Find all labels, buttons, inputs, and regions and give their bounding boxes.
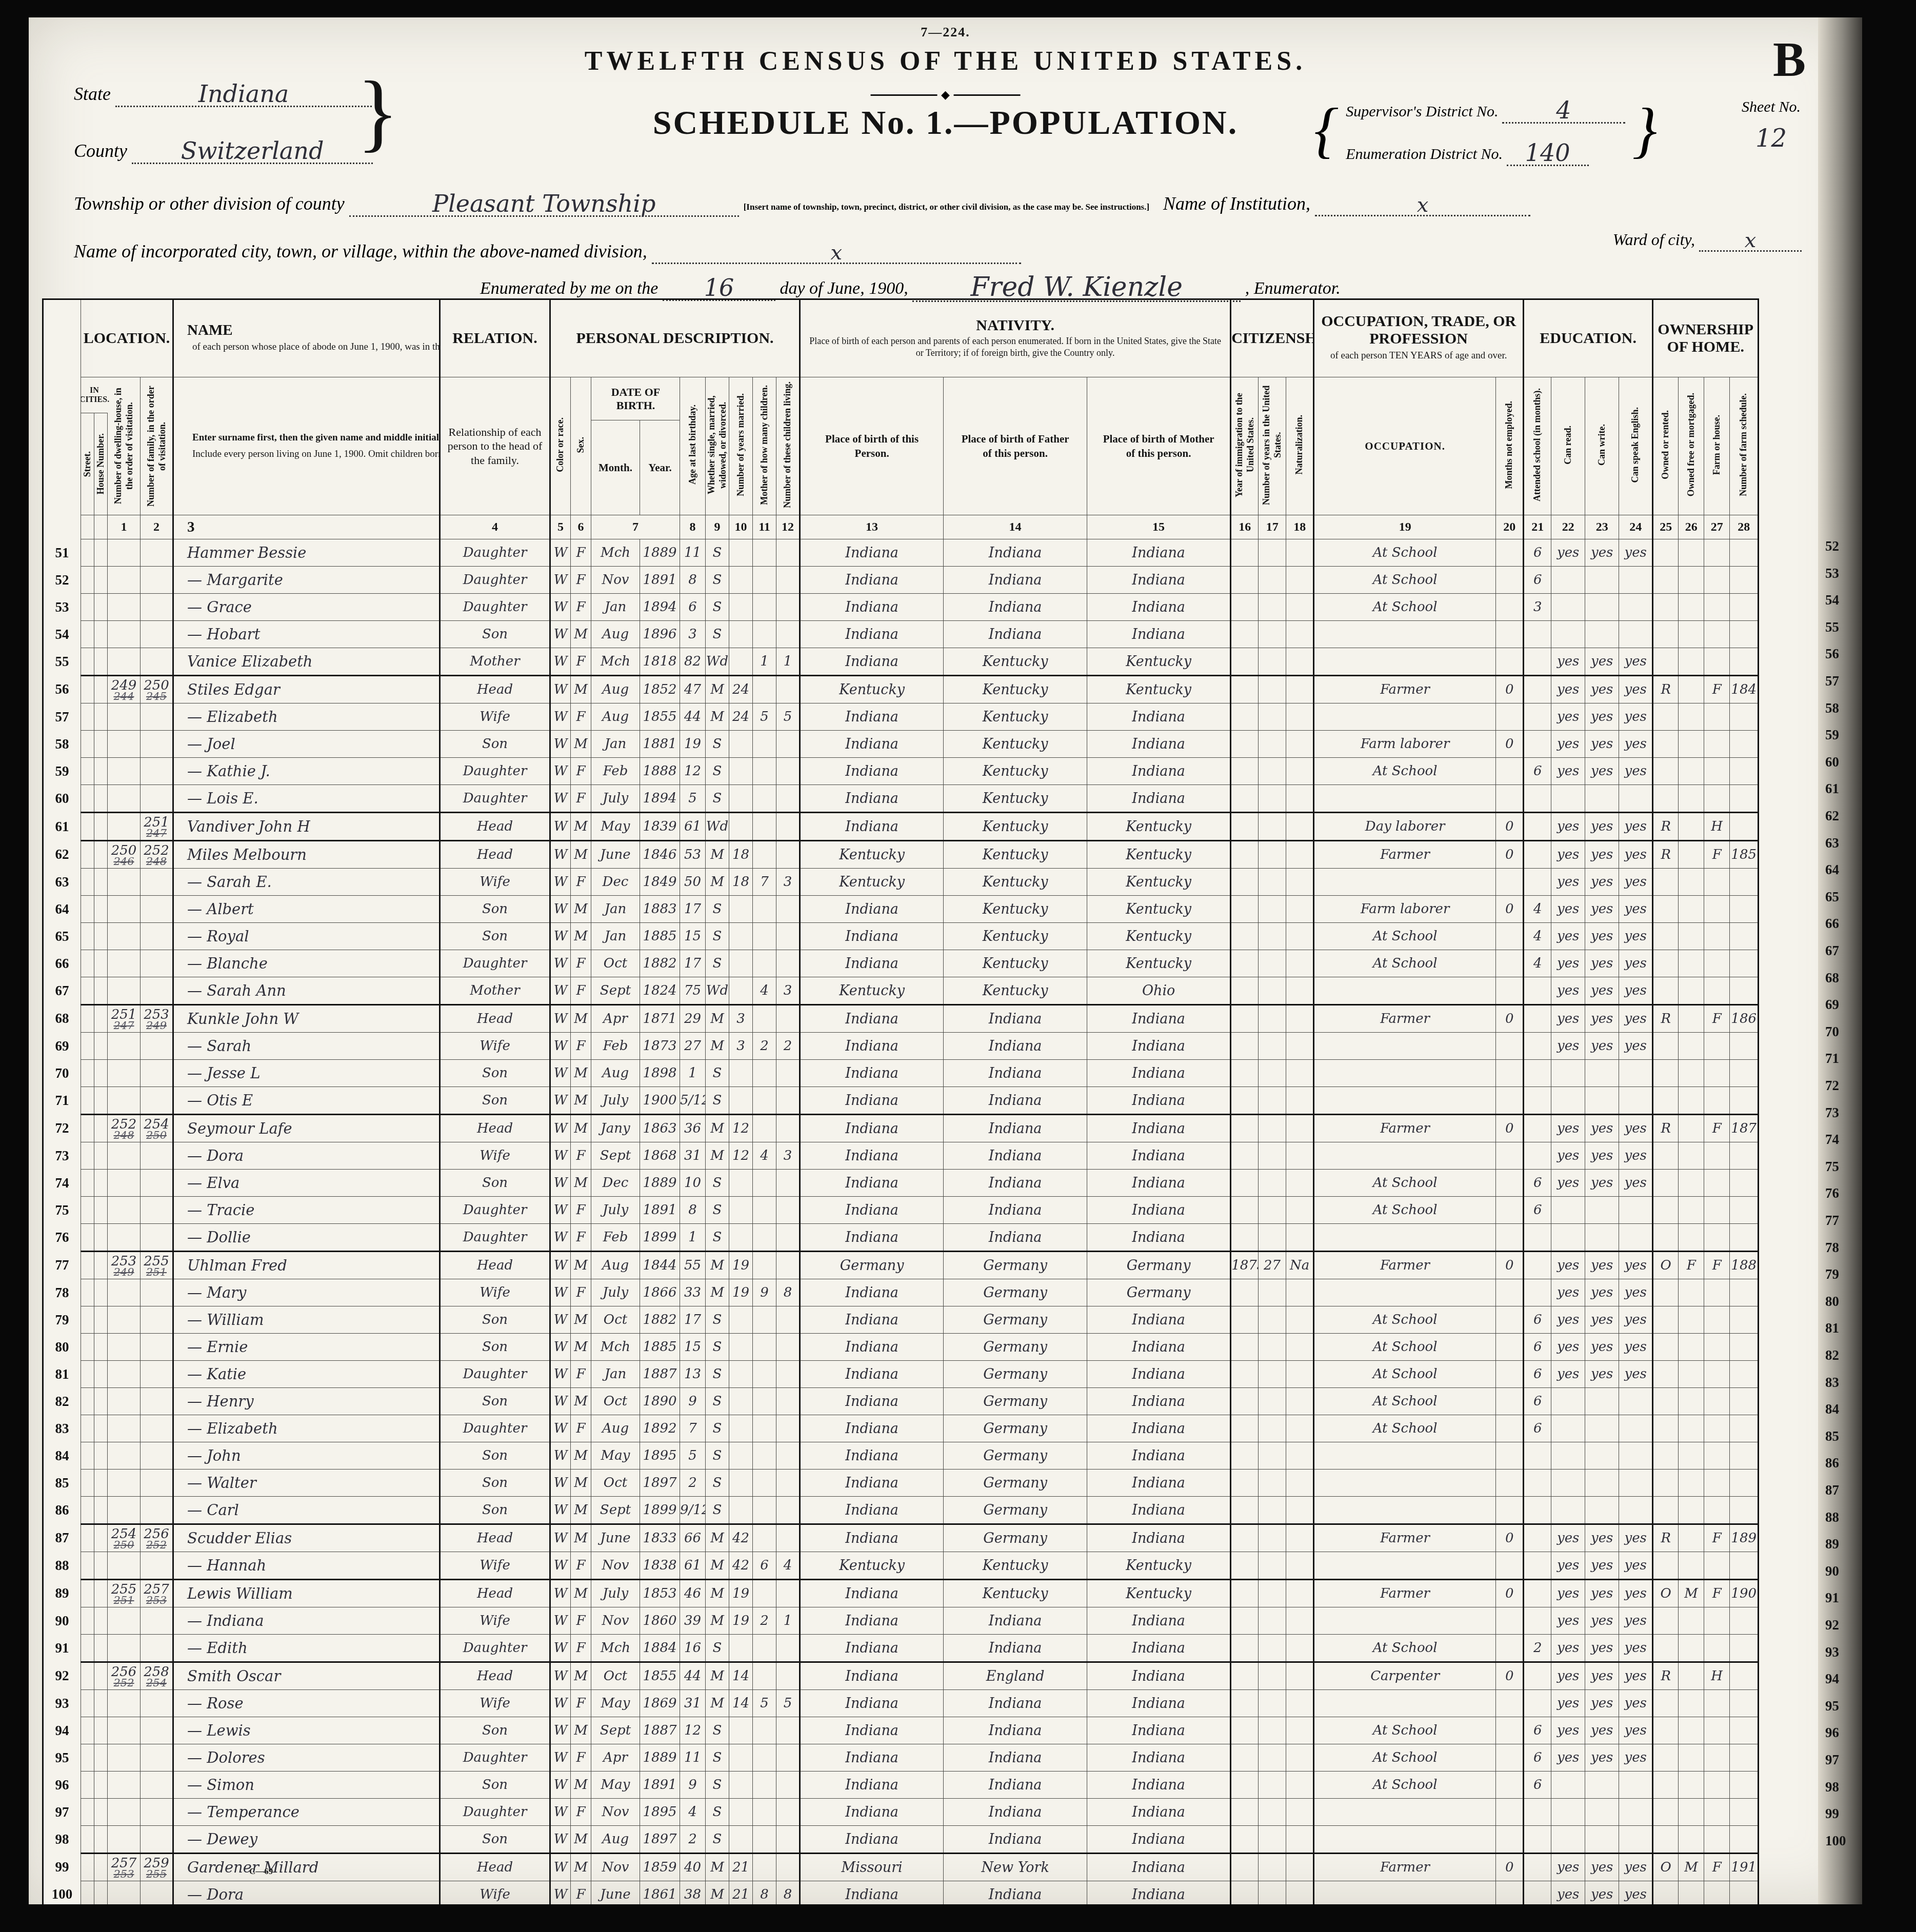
margin-line-number: 55 — [1825, 619, 1839, 635]
cell-house — [94, 923, 108, 950]
cell-ow — [1653, 539, 1679, 567]
cell-wr — [1585, 1772, 1619, 1799]
state-county-brace: } — [357, 77, 399, 147]
cell-cl — [776, 1415, 800, 1442]
cell-yu — [1259, 567, 1286, 594]
cell-mb — [753, 1497, 776, 1524]
cell-rel: Head — [440, 1115, 550, 1142]
cell-yr: 1892 — [640, 1415, 680, 1442]
cell-en — [1619, 567, 1653, 594]
cell-house — [94, 1826, 108, 1854]
cell-en: yes — [1619, 758, 1653, 785]
cell-cl — [776, 567, 800, 594]
cell-s: M — [571, 1334, 591, 1361]
cell-m: M — [706, 1580, 729, 1607]
cell-s: M — [571, 1772, 591, 1799]
cell-mn — [1496, 1033, 1524, 1060]
cell-rel: Wife — [440, 1607, 550, 1635]
table-row: 84— JohnSonWMMay18955SIndianaGermanyIndi… — [43, 1442, 1759, 1470]
cell-dw — [108, 1087, 141, 1115]
cell-ym — [729, 785, 753, 813]
cell-fam: 253249 — [141, 1005, 173, 1033]
cell-im — [1231, 1415, 1259, 1442]
cell-yr: 1882 — [640, 1306, 680, 1334]
cell-c: W — [550, 594, 571, 621]
cell-fh — [1704, 758, 1730, 785]
cell-rel: Son — [440, 1334, 550, 1361]
margin-line-number: 71 — [1825, 1051, 1839, 1066]
cell-s: F — [571, 648, 591, 676]
cell-pm: Indiana — [1087, 1717, 1231, 1744]
line-number: 100 — [43, 1881, 81, 1905]
cell-wr: yes — [1585, 977, 1619, 1005]
cell-dw — [108, 977, 141, 1005]
cell-fs — [1730, 1497, 1759, 1524]
cell-c: W — [550, 1717, 571, 1744]
cell-yu — [1259, 785, 1286, 813]
cell-age: 17 — [680, 950, 706, 977]
cell-ym — [729, 1635, 753, 1662]
cell-yu — [1259, 676, 1286, 703]
cell-street — [81, 1690, 94, 1717]
cell-c: W — [550, 758, 571, 785]
cell-mo: Mch — [591, 1334, 640, 1361]
cell-im — [1231, 1033, 1259, 1060]
cell-cl: 1 — [776, 1607, 800, 1635]
cell-s: F — [571, 1744, 591, 1772]
cell-pf: Germany — [944, 1388, 1087, 1415]
cell-rel: Head — [440, 1662, 550, 1690]
cell-oc: At School — [1314, 758, 1496, 785]
cell-rd: yes — [1551, 977, 1585, 1005]
cell-pm: Indiana — [1087, 1005, 1231, 1033]
cell-sc — [1524, 813, 1551, 841]
cell-name: — Carl — [173, 1497, 440, 1524]
margin-line-number: 59 — [1825, 727, 1839, 743]
cell-s: M — [571, 1115, 591, 1142]
cell-rd: yes — [1551, 1361, 1585, 1388]
cell-mn — [1496, 1881, 1524, 1905]
cell-s: M — [571, 923, 591, 950]
cell-s: M — [571, 731, 591, 758]
cell-ow — [1653, 869, 1679, 896]
cell-house — [94, 1497, 108, 1524]
cell-fm — [1679, 977, 1704, 1005]
cell-fh — [1704, 648, 1730, 676]
cell-im — [1231, 1306, 1259, 1334]
children-living-label: Number of these children living. — [776, 377, 800, 515]
cell-rd: yes — [1551, 841, 1585, 869]
cell-fs — [1730, 1279, 1759, 1306]
cell-ow — [1653, 567, 1679, 594]
cell-im — [1231, 841, 1259, 869]
cell-name: — Royal — [173, 923, 440, 950]
cell-pb: Indiana — [800, 621, 944, 648]
cell-yu — [1259, 1279, 1286, 1306]
cell-ow: O — [1653, 1580, 1679, 1607]
cell-im — [1231, 567, 1259, 594]
cell-name: — William — [173, 1306, 440, 1334]
cell-s: F — [571, 1415, 591, 1442]
line-number: 92 — [43, 1662, 81, 1690]
cell-mn — [1496, 703, 1524, 731]
cell-yr: 1897 — [640, 1470, 680, 1497]
cell-house — [94, 1306, 108, 1334]
cell-fh — [1704, 1033, 1730, 1060]
cell-pf: Kentucky — [944, 950, 1087, 977]
line-number: 61 — [43, 813, 81, 841]
cell-pf: Indiana — [944, 1170, 1087, 1197]
cell-s: F — [571, 869, 591, 896]
cell-rd: yes — [1551, 648, 1585, 676]
cell-oc — [1314, 977, 1496, 1005]
cell-yr: 1888 — [640, 758, 680, 785]
cell-sc — [1524, 1881, 1551, 1905]
cell-oc: At School — [1314, 1197, 1496, 1224]
cell-wr: yes — [1585, 869, 1619, 896]
cell-name: — John — [173, 1442, 440, 1470]
cell-street — [81, 1060, 94, 1087]
cell-mo: Feb — [591, 758, 640, 785]
cell-mn — [1496, 1415, 1524, 1442]
cell-rel: Son — [440, 1497, 550, 1524]
cell-pb: Indiana — [800, 1197, 944, 1224]
cell-name: — Rose — [173, 1690, 440, 1717]
cell-rd — [1551, 1087, 1585, 1115]
cell-en — [1619, 785, 1653, 813]
cell-rd — [1551, 785, 1585, 813]
cell-fm — [1679, 1361, 1704, 1388]
margin-line-number: 90 — [1825, 1563, 1839, 1579]
cell-wr — [1585, 1197, 1619, 1224]
cell-pb: Indiana — [800, 1005, 944, 1033]
cell-cl — [776, 1524, 800, 1552]
cell-rel: Wife — [440, 1881, 550, 1905]
cell-ow — [1653, 594, 1679, 621]
cell-ow — [1653, 1881, 1679, 1905]
cell-pf: Germany — [944, 1415, 1087, 1442]
cell-yr: 1866 — [640, 1279, 680, 1306]
cell-cl: 2 — [776, 1033, 800, 1060]
cell-sc — [1524, 1854, 1551, 1881]
cell-ym — [729, 594, 753, 621]
cell-ym — [729, 1170, 753, 1197]
cell-m: S — [706, 923, 729, 950]
cell-m: M — [706, 1607, 729, 1635]
cell-fam — [141, 1415, 173, 1442]
cell-mo: Aug — [591, 703, 640, 731]
cell-s: F — [571, 1197, 591, 1224]
cell-pm: Indiana — [1087, 1772, 1231, 1799]
cell-yu — [1259, 1635, 1286, 1662]
cell-sc: 6 — [1524, 1361, 1551, 1388]
cell-dw — [108, 785, 141, 813]
cell-ow — [1653, 731, 1679, 758]
cell-yu — [1259, 1744, 1286, 1772]
cell-fm — [1679, 1279, 1704, 1306]
cell-rd: yes — [1551, 1306, 1585, 1334]
cell-wr: yes — [1585, 1361, 1619, 1388]
cell-pf: Kentucky — [944, 813, 1087, 841]
cell-street — [81, 1552, 94, 1580]
cell-yr: 1884 — [640, 1635, 680, 1662]
cell-c: W — [550, 1361, 571, 1388]
cell-rel: Head — [440, 813, 550, 841]
cell-mo: Aug — [591, 1826, 640, 1854]
cell-dw — [108, 1826, 141, 1854]
cell-pb: Indiana — [800, 1415, 944, 1442]
cell-house — [94, 869, 108, 896]
cell-cl — [776, 1087, 800, 1115]
cell-fam — [141, 1799, 173, 1826]
cell-yr: 1844 — [640, 1252, 680, 1279]
cell-oc: Farmer — [1314, 1115, 1496, 1142]
cell-na — [1286, 1442, 1314, 1470]
cell-yr: 1853 — [640, 1580, 680, 1607]
cell-name: — Sarah E. — [173, 869, 440, 896]
cell-age: 5/12 — [680, 1087, 706, 1115]
cell-pb: Indiana — [800, 1826, 944, 1854]
cell-c: W — [550, 896, 571, 923]
cell-sc: 3 — [1524, 594, 1551, 621]
cell-wr: yes — [1585, 758, 1619, 785]
cell-dw — [108, 1442, 141, 1470]
cell-na — [1286, 1799, 1314, 1826]
cell-pm: Kentucky — [1087, 1552, 1231, 1580]
cell-fh — [1704, 1060, 1730, 1087]
cell-pb: Indiana — [800, 1580, 944, 1607]
cell-pb: Indiana — [800, 1388, 944, 1415]
cell-im — [1231, 1717, 1259, 1744]
cell-fh — [1704, 1744, 1730, 1772]
cell-ow — [1653, 1635, 1679, 1662]
occupation-column-label: OCCUPATION. — [1314, 377, 1496, 515]
cell-street — [81, 1580, 94, 1607]
cell-cl — [776, 1306, 800, 1334]
cell-pb: Indiana — [800, 1033, 944, 1060]
cell-street — [81, 1279, 94, 1306]
cell-wr: yes — [1585, 1744, 1619, 1772]
cell-rel: Daughter — [440, 785, 550, 813]
margin-line-number: 56 — [1825, 646, 1839, 662]
cell-m: S — [706, 1772, 729, 1799]
cell-fs — [1730, 813, 1759, 841]
cell-mn — [1496, 1799, 1524, 1826]
cell-s: M — [571, 621, 591, 648]
cell-mb: 4 — [753, 977, 776, 1005]
cell-mo: July — [591, 785, 640, 813]
cell-m: S — [706, 896, 729, 923]
cell-mb — [753, 1826, 776, 1854]
margin-line-number: 95 — [1825, 1698, 1839, 1714]
cell-na — [1286, 1497, 1314, 1524]
cell-c: W — [550, 1744, 571, 1772]
cell-fam — [141, 703, 173, 731]
cell-c: W — [550, 950, 571, 977]
cell-cl — [776, 539, 800, 567]
cell-im — [1231, 758, 1259, 785]
cell-pm: Indiana — [1087, 758, 1231, 785]
cell-pf: Indiana — [944, 539, 1087, 567]
cell-wr: yes — [1585, 841, 1619, 869]
cell-ym: 42 — [729, 1552, 753, 1580]
cell-im — [1231, 896, 1259, 923]
cell-sc — [1524, 1580, 1551, 1607]
cell-mb: 5 — [753, 1690, 776, 1717]
cell-m: S — [706, 594, 729, 621]
cell-sc — [1524, 1470, 1551, 1497]
cell-m: S — [706, 1334, 729, 1361]
date-of-birth-header: DATE OF BIRTH. Month.Year. — [591, 377, 680, 515]
cell-na — [1286, 621, 1314, 648]
cell-fs — [1730, 1662, 1759, 1690]
cell-mo: Feb — [591, 1033, 640, 1060]
cell-fh: H — [1704, 1662, 1730, 1690]
table-row: 76— DollieDaughterWFFeb18991SIndianaIndi… — [43, 1224, 1759, 1252]
cell-oc: At School — [1314, 1415, 1496, 1442]
cell-rel: Daughter — [440, 1415, 550, 1442]
cell-fh: F — [1704, 1580, 1730, 1607]
cell-street — [81, 1662, 94, 1690]
table-row: 63— Sarah E.WifeWFDec184950M1873Kentucky… — [43, 869, 1759, 896]
cell-im — [1231, 731, 1259, 758]
cell-name: — Katie — [173, 1361, 440, 1388]
cell-age: 44 — [680, 1662, 706, 1690]
cell-name: Seymour Lafe — [173, 1115, 440, 1142]
cell-im — [1231, 676, 1259, 703]
cell-pb: Kentucky — [800, 869, 944, 896]
cell-en — [1619, 1224, 1653, 1252]
pob-person-label: Place of birth of this Person. — [800, 377, 944, 515]
cell-fam — [141, 923, 173, 950]
cell-fs: 186 — [1730, 1005, 1759, 1033]
cell-fs — [1730, 1361, 1759, 1388]
cell-street — [81, 785, 94, 813]
cell-mb: 4 — [753, 1142, 776, 1170]
table-row: 95— DoloresDaughterWFApr188911SIndianaIn… — [43, 1744, 1759, 1772]
cell-fh — [1704, 1552, 1730, 1580]
cell-mn — [1496, 539, 1524, 567]
cell-en — [1619, 1497, 1653, 1524]
cell-ow — [1653, 1279, 1679, 1306]
line-number: 75 — [43, 1197, 81, 1224]
cell-dw — [108, 1224, 141, 1252]
cell-pm: Indiana — [1087, 1854, 1231, 1881]
cell-pm: Indiana — [1087, 1197, 1231, 1224]
cell-dw — [108, 1279, 141, 1306]
cell-s: F — [571, 977, 591, 1005]
cell-fh — [1704, 869, 1730, 896]
cell-fam — [141, 1635, 173, 1662]
cell-fs: 188 — [1730, 1252, 1759, 1279]
cell-dw: 252248 — [108, 1115, 141, 1142]
line-number: 52 — [43, 567, 81, 594]
cell-oc — [1314, 1033, 1496, 1060]
cell-yr: 1898 — [640, 1060, 680, 1087]
cell-fs — [1730, 1826, 1759, 1854]
cell-sc — [1524, 1252, 1551, 1279]
cell-fam: 255251 — [141, 1252, 173, 1279]
cell-sc: 6 — [1524, 758, 1551, 785]
cell-pb: Indiana — [800, 1306, 944, 1334]
cell-fh — [1704, 567, 1730, 594]
cell-dw — [108, 1033, 141, 1060]
cell-na — [1286, 1388, 1314, 1415]
cell-na — [1286, 731, 1314, 758]
line-number: 57 — [43, 703, 81, 731]
cell-house — [94, 1524, 108, 1552]
cell-sc — [1524, 1087, 1551, 1115]
cell-age: 17 — [680, 896, 706, 923]
cell-street — [81, 1197, 94, 1224]
line-number: 96 — [43, 1772, 81, 1799]
cell-fm — [1679, 1799, 1704, 1826]
enumerated-prefix: Enumerated by me on the — [480, 279, 658, 298]
cell-ow — [1653, 950, 1679, 977]
cell-wr — [1585, 1826, 1619, 1854]
cell-en — [1619, 1388, 1653, 1415]
cell-yr: 1894 — [640, 594, 680, 621]
cell-yu — [1259, 1005, 1286, 1033]
cell-ow: O — [1653, 1252, 1679, 1279]
cell-mb — [753, 1388, 776, 1415]
cell-na — [1286, 1744, 1314, 1772]
cell-c: W — [550, 1580, 571, 1607]
cell-street — [81, 1306, 94, 1334]
cell-name: — Walter — [173, 1470, 440, 1497]
cell-c: W — [550, 869, 571, 896]
cell-dw — [108, 1415, 141, 1442]
cell-yr: 1838 — [640, 1552, 680, 1580]
cell-m: S — [706, 539, 729, 567]
cell-fm — [1679, 758, 1704, 785]
cell-wr: yes — [1585, 1690, 1619, 1717]
cell-pf: Indiana — [944, 1607, 1087, 1635]
cell-pm: Indiana — [1087, 1033, 1231, 1060]
cell-s: F — [571, 1607, 591, 1635]
cell-name: — Tracie — [173, 1197, 440, 1224]
cell-fs — [1730, 1197, 1759, 1224]
cell-na — [1286, 1772, 1314, 1799]
cell-age: 75 — [680, 977, 706, 1005]
cell-house — [94, 1772, 108, 1799]
cell-rel: Daughter — [440, 567, 550, 594]
cell-pb: Indiana — [800, 785, 944, 813]
cell-yr: 1891 — [640, 1772, 680, 1799]
cell-mn — [1496, 785, 1524, 813]
cell-name: — Sarah Ann — [173, 977, 440, 1005]
table-row: 96— SimonSonWMMay18919SIndianaIndianaInd… — [43, 1772, 1759, 1799]
cell-sc — [1524, 621, 1551, 648]
cell-en: yes — [1619, 869, 1653, 896]
cell-fm — [1679, 1497, 1704, 1524]
line-number: 69 — [43, 1033, 81, 1060]
cell-ow — [1653, 1442, 1679, 1470]
cell-rd: yes — [1551, 1334, 1585, 1361]
cell-name: Lewis William — [173, 1580, 440, 1607]
cell-mb — [753, 923, 776, 950]
cell-name: — Dolores — [173, 1744, 440, 1772]
cell-im — [1231, 1087, 1259, 1115]
cell-name: Scudder Elias — [173, 1524, 440, 1552]
cell-yr: 1891 — [640, 1197, 680, 1224]
cell-c: W — [550, 1772, 571, 1799]
cell-m: S — [706, 1717, 729, 1744]
cell-pm: Indiana — [1087, 785, 1231, 813]
cell-pm: Indiana — [1087, 1607, 1231, 1635]
cell-mb — [753, 1580, 776, 1607]
cell-fam — [141, 1334, 173, 1361]
